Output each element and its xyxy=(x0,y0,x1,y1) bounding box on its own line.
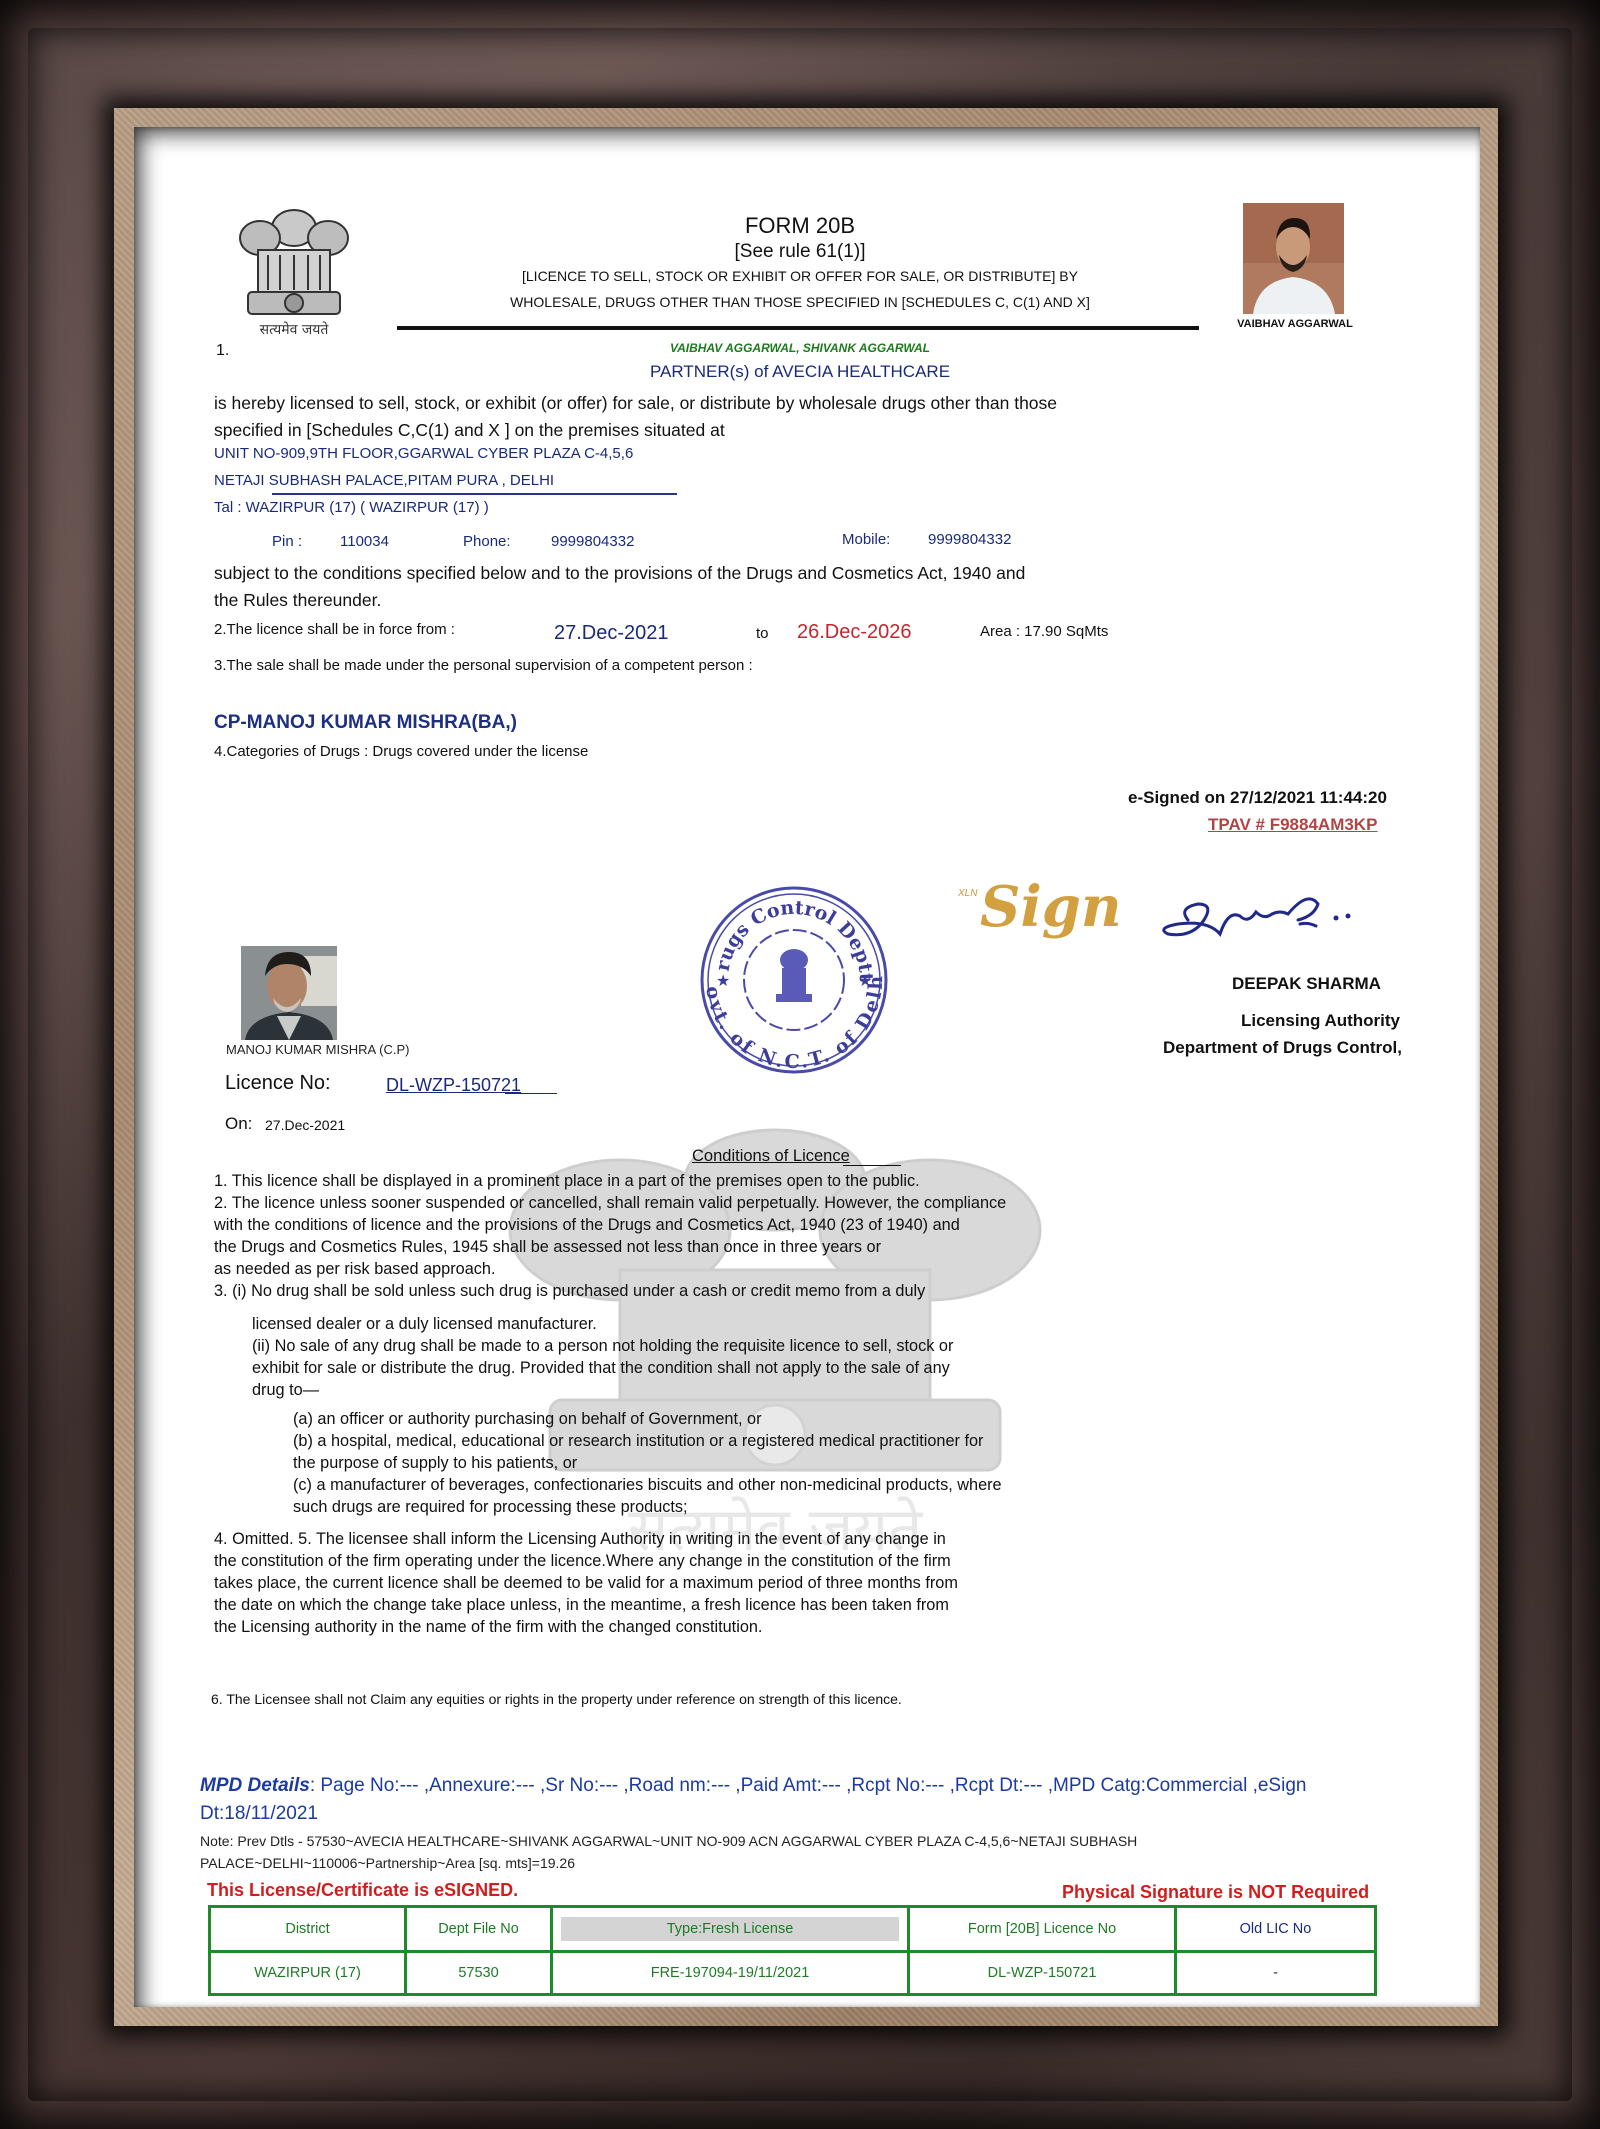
previous-details-note-line2: PALACE~DELHI~110006~Partnership~Area [sq… xyxy=(200,1855,575,1871)
condition-line: licensed dealer or a duly licensed manuf… xyxy=(252,1315,597,1334)
licence-number-label: Licence No: xyxy=(225,1072,331,1095)
table-cell: WAZIRPUR (17) xyxy=(210,1952,406,1995)
signature-image xyxy=(1148,880,1398,960)
mpd-label: MPD Details xyxy=(200,1775,310,1796)
condition-line: 1. This licence shall be displayed in a … xyxy=(214,1172,920,1191)
competent-person-caption: MANOJ KUMAR MISHRA (C.P) xyxy=(226,1042,409,1057)
pin-value: 110034 xyxy=(340,533,389,550)
address-line3: Tal : WAZIRPUR (17) ( WAZIRPUR (17) ) xyxy=(214,499,489,516)
condition-line: with the conditions of licence and the p… xyxy=(214,1216,960,1235)
table-row: WAZIRPUR (17) 57530 FRE-197094-19/11/202… xyxy=(210,1952,1376,1995)
condition-line: exhibit for sale or distribute the drug.… xyxy=(252,1359,950,1378)
table-header-cell: District xyxy=(210,1907,406,1952)
condition-line: drug to— xyxy=(252,1381,319,1400)
conditions-title-underline xyxy=(843,1165,901,1166)
physical-signature-banner: Physical Signature is NOT Required xyxy=(1062,1882,1369,1903)
phone-label: Phone: xyxy=(463,533,511,550)
condition-line: takes place, the current licence shall b… xyxy=(214,1574,958,1593)
form-subtitle-line1: [LICENCE TO SELL, STOCK OR EXHIBIT OR OF… xyxy=(0,268,1600,284)
table-header-cell: Dept File No xyxy=(406,1907,552,1952)
condition-line: the constitution of the firm operating u… xyxy=(214,1552,951,1571)
table-cell: DL-WZP-150721 xyxy=(909,1952,1176,1995)
address-underline xyxy=(272,493,677,495)
pin-label: Pin : xyxy=(272,533,302,550)
licence-number-underline xyxy=(505,1093,557,1094)
licence-date: 27.Dec-2021 xyxy=(265,1117,345,1133)
condition-line: the purpose of supply to his patients, o… xyxy=(293,1454,577,1473)
partner-names: VAIBHAV AGGARWAL, SHIVANK AGGARWAL xyxy=(0,341,1600,355)
competent-person-photo xyxy=(241,946,337,1040)
svg-text:★: ★ xyxy=(716,973,730,990)
signer-name: DEEPAK SHARMA xyxy=(1232,974,1381,994)
esigned-banner: This License/Certificate is eSIGNED. xyxy=(207,1880,518,1901)
table-header-cell: Old LIC No xyxy=(1176,1907,1376,1952)
license-type-label: Type:Fresh License xyxy=(561,1917,899,1941)
condition-line: (b) a hospital, medical, educational or … xyxy=(293,1432,983,1451)
partner-photo-caption: VAIBHAV AGGARWAL xyxy=(1210,318,1380,330)
licence-number: DL-WZP-150721 xyxy=(386,1075,521,1096)
table-header-cell: Type:Fresh License xyxy=(552,1907,909,1952)
valid-to-date: 26.Dec-2026 xyxy=(797,621,912,644)
condition-line: the date on which the change take place … xyxy=(214,1596,949,1615)
premises-area: Area : 17.90 SqMts xyxy=(980,623,1108,640)
svg-text:★: ★ xyxy=(858,973,872,990)
form-title: FORM 20B xyxy=(0,213,1600,239)
supervision-label: 3.The sale shall be made under the perso… xyxy=(214,657,753,674)
table-header-cell: Form [20B] Licence No xyxy=(909,1907,1176,1952)
condition-line: the Licensing authority in the name of t… xyxy=(214,1618,762,1637)
firm-name: PARTNER(s) of AVECIA HEALTHCARE xyxy=(0,362,1600,382)
tpav-code: TPAV # F9884AM3KP xyxy=(1208,815,1377,835)
license-statement-line2: specified in [Schedules C,C(1) and X ] o… xyxy=(214,420,725,441)
mpd-details-text: : Page No:--- ,Annexure:--- ,Sr No:--- ,… xyxy=(310,1775,1307,1796)
condition-line: such drugs are required for processing t… xyxy=(293,1498,688,1517)
mpd-details: MPD Details: Page No:--- ,Annexure:--- ,… xyxy=(200,1775,1306,1797)
form-subtitle-line2: WHOLESALE, DRUGS OTHER THAN THOSE SPECIF… xyxy=(0,294,1600,310)
table-cell: FRE-197094-19/11/2021 xyxy=(552,1952,909,1995)
condition-line: (a) an officer or authority purchasing o… xyxy=(293,1410,762,1429)
valid-from-date: 27.Dec-2021 xyxy=(554,622,669,645)
condition-line: (ii) No sale of any drug shall be made t… xyxy=(252,1337,953,1356)
license-statement-line4: the Rules thereunder. xyxy=(214,590,381,611)
form-rule-reference: [See rule 61(1)] xyxy=(0,241,1600,263)
condition-line: the Drugs and Cosmetics Rules, 1945 shal… xyxy=(214,1238,881,1257)
mpd-details-line2: Dt:18/11/2021 xyxy=(200,1803,318,1825)
validity-label: 2.The licence shall be in force from : xyxy=(214,621,455,638)
drug-categories: 4.Categories of Drugs : Drugs covered un… xyxy=(214,743,588,760)
validity-to-word: to xyxy=(756,625,769,642)
table-cell: 57530 xyxy=(406,1952,552,1995)
signer-department: Department of Drugs Control, xyxy=(1163,1038,1402,1058)
competent-person-name: CP-MANOJ KUMAR MISHRA(BA,) xyxy=(214,712,517,734)
previous-details-note-line1: Note: Prev Dtls - 57530~AVECIA HEALTHCAR… xyxy=(200,1833,1137,1849)
condition-line: 6. The Licensee shall not Claim any equi… xyxy=(211,1691,902,1707)
conditions-title: Conditions of Licence xyxy=(692,1147,850,1166)
signer-role: Licensing Authority xyxy=(1241,1011,1400,1031)
department-stamp-icon: Drugs Control Deptt. Govt. of N.C.T. of … xyxy=(688,880,900,1075)
condition-line: as needed as per risk based approach. xyxy=(214,1260,496,1279)
condition-line: 2. The licence unless sooner suspended o… xyxy=(214,1194,1006,1213)
partner-photo xyxy=(1243,203,1344,314)
mobile-value: 9999804332 xyxy=(928,531,1011,548)
phone-value: 9999804332 xyxy=(551,533,634,550)
registration-table: District Dept File No Type:Fresh License… xyxy=(208,1905,1377,1996)
condition-line: 3. (i) No drug shall be sold unless such… xyxy=(214,1282,925,1301)
address-line2: NETAJI SUBHASH PALACE,PITAM PURA , DELHI xyxy=(214,472,554,489)
esigned-timestamp: e-Signed on 27/12/2021 11:44:20 xyxy=(1128,788,1387,808)
condition-line: (c) a manufacturer of beverages, confect… xyxy=(293,1476,1002,1495)
xlnsign-logo: XLN Sign xyxy=(958,880,1113,950)
table-cell: - xyxy=(1176,1952,1376,1995)
table-header-row: District Dept File No Type:Fresh License… xyxy=(210,1907,1376,1952)
mobile-label: Mobile: xyxy=(842,531,890,548)
header-divider xyxy=(397,326,1199,330)
licence-date-label: On: xyxy=(225,1114,252,1134)
address-line1: UNIT NO-909,9TH FLOOR,GGARWAL CYBER PLAZ… xyxy=(214,445,633,462)
license-statement-line1: is hereby licensed to sell, stock, or ex… xyxy=(214,393,1057,414)
svg-text:सत्यमेव जयते: सत्यमेव जयते xyxy=(260,321,330,338)
license-statement-line3: subject to the conditions specified belo… xyxy=(214,563,1025,584)
condition-line: 4. Omitted. 5. The licensee shall inform… xyxy=(214,1530,946,1549)
